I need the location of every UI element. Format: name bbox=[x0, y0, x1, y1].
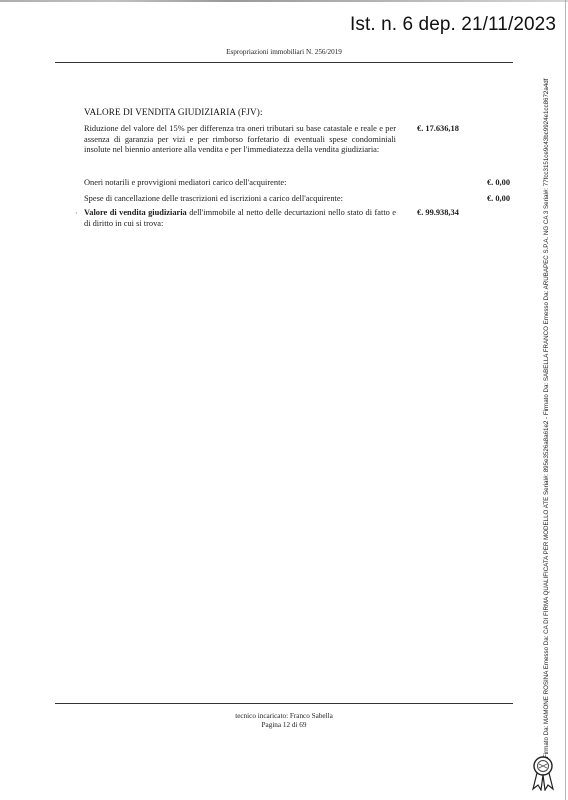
valuation-row: Oneri notarili e provvigioni mediatori c… bbox=[84, 178, 510, 189]
footer-rule bbox=[55, 703, 513, 704]
row-description: Riduzione del valore del 15% per differe… bbox=[84, 124, 396, 156]
row-description: Spese di cancellazione delle trascrizion… bbox=[84, 194, 424, 205]
valuation-row: Riduzione del valore del 15% per differe… bbox=[84, 124, 510, 156]
footer-page-number: Pagina 12 di 69 bbox=[0, 721, 568, 730]
row-amount: €. 17.636,18 bbox=[417, 124, 459, 135]
row-description-bold: Valore di vendita giudiziaria bbox=[84, 208, 187, 217]
bullet-mark: · bbox=[75, 209, 78, 218]
page-footer: tecnico incaricato: Franco Sabella Pagin… bbox=[0, 712, 568, 730]
rosette-seal-icon bbox=[530, 755, 556, 791]
footer-technician: tecnico incaricato: Franco Sabella bbox=[0, 712, 568, 721]
row-amount: €. 0,00 bbox=[487, 194, 510, 205]
valuation-row: Spese di cancellazione delle trascrizion… bbox=[84, 194, 510, 205]
deposit-stamp: Ist. n. 6 dep. 21/11/2023 bbox=[350, 14, 556, 36]
running-header: Espropriazioni immobiliari N. 256/2019 bbox=[0, 48, 568, 56]
page-top-edge bbox=[0, 0, 568, 2]
page-right-edge bbox=[565, 0, 566, 800]
digital-signature-strip: Firmato Da: MAMONE ROSINA Emesso Da: CA … bbox=[543, 18, 550, 758]
row-description: Valore di vendita giudiziaria dell'immob… bbox=[84, 208, 396, 229]
row-amount: €. 0,00 bbox=[487, 178, 510, 189]
row-description: Oneri notarili e provvigioni mediatori c… bbox=[84, 178, 396, 189]
header-rule bbox=[55, 62, 513, 63]
section-title: VALORE DI VENDITA GIUDIZIARIA (FJV): bbox=[84, 107, 263, 117]
row-amount: €. 99.938,34 bbox=[417, 208, 459, 219]
valuation-row-total: Valore di vendita giudiziaria dell'immob… bbox=[84, 208, 510, 229]
